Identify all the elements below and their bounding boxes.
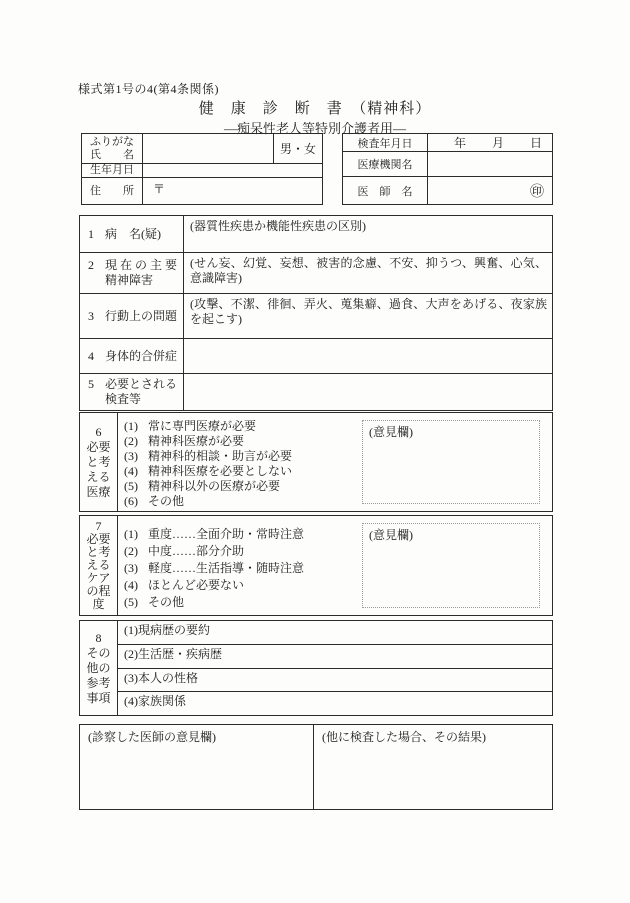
main-table: 1 病 名(疑) (器質性疾患か機能性疾患の区別) 2 現 在 の 主 要 精神… xyxy=(79,215,553,411)
exam-date-label: 検査年月日 xyxy=(343,134,428,151)
address-field: 〒 xyxy=(143,178,322,204)
row-label: 現 在 の 主 要 精神障害 xyxy=(105,258,177,288)
institution-row: 医療機関名 xyxy=(343,151,552,176)
section-label: 6 必要 と考 える 医療 xyxy=(86,425,110,500)
doctor-label: 医 師 名 xyxy=(343,177,428,204)
doctor-field: ㊞ xyxy=(428,177,552,204)
patient-info-table: ふりがな 氏 名 男・女 生年月日 住 所 〒 xyxy=(81,133,323,205)
row-number: 5 xyxy=(88,377,105,392)
institution-label: 医療機関名 xyxy=(343,152,428,176)
section-other-reference-items: 8 その 他の 参考 事項 (1)現病歴の要約 (2)生活歴・疾病歴 (3)本人… xyxy=(79,620,553,716)
day-label: 日 xyxy=(530,134,542,151)
row-behavior-problems: 3 行動上の問題 (攻撃、不潔、徘徊、弄火、蒐集癖、過食、大声をあげる、夜家族を… xyxy=(80,293,552,338)
exam-date-row: 検査年月日 年 月 日 xyxy=(343,134,552,151)
address-row: 住 所 〒 xyxy=(82,177,322,204)
row-content: (せん妄、幻覚、妄想、被害的念慮、不安、抑うつ、興奮、心気、意識障害) xyxy=(184,253,552,293)
row-mental-disorder: 2 現 在 の 主 要 精神障害 (せん妄、幻覚、妄想、被害的念慮、不安、抑うつ… xyxy=(80,252,552,293)
row-content: (器質性疾患か機能性疾患の区別) xyxy=(184,216,552,252)
name-label: ふりがな 氏 名 xyxy=(82,134,143,163)
subrow-life-disease-history: (2)生活歴・疾病歴 xyxy=(118,644,552,668)
name-row: ふりがな 氏 名 男・女 xyxy=(82,134,322,163)
section-needed-care-level: 7 必要 と考 える ケア の程 度 (1)重度……全面介助・常時注意 (2)中… xyxy=(79,515,553,616)
row-number: 3 xyxy=(88,309,105,324)
address-label: 住 所 xyxy=(82,178,143,204)
doctor-opinion-box: (診察した医師の意見欄) xyxy=(80,725,314,809)
section-label: 7 必要 と考 える ケア の程 度 xyxy=(86,520,110,611)
birthdate-row: 生年月日 xyxy=(82,163,322,177)
page-title: 健 康 診 断 書 （精神科） xyxy=(0,97,630,118)
seal-mark: ㊞ xyxy=(530,181,544,201)
postal-mark: 〒 xyxy=(153,182,165,196)
birthdate-label: 生年月日 xyxy=(82,164,143,177)
row-disease-name: 1 病 名(疑) (器質性疾患か機能性疾患の区別) xyxy=(80,216,552,252)
row-label: 行動上の問題 xyxy=(105,309,177,324)
exam-info-table: 検査年月日 年 月 日 医療機関名 医 師 名 ㊞ xyxy=(342,133,553,205)
bottom-table: (診察した医師の意見欄) (他に検査した場合、その結果) xyxy=(79,724,553,810)
doctor-row: 医 師 名 ㊞ xyxy=(343,176,552,204)
row-physical-complications: 4 身体的合併症 xyxy=(80,338,552,373)
section-needed-medical-care: 6 必要 と考 える 医療 (1)常に専門医療が必要 (2)精神科医療が必要 (… xyxy=(79,412,553,512)
name-field xyxy=(143,134,274,163)
other-test-results-box: (他に検査した場合、その結果) xyxy=(314,725,552,809)
row-content xyxy=(184,339,552,373)
exam-date-field: 年 月 日 xyxy=(428,134,552,151)
form-number: 様式第1号の4(第4条関係) xyxy=(78,80,219,97)
subrow-family-relations: (4)家族関係 xyxy=(118,691,552,715)
row-number: 1 xyxy=(88,227,105,242)
subrow-personality: (3)本人の性格 xyxy=(118,668,552,692)
name-kanji-label: 氏 名 xyxy=(90,149,134,162)
row-content xyxy=(184,374,552,410)
sex-options: 男・女 xyxy=(274,134,322,163)
section-label: 8 その 他の 参考 事項 xyxy=(86,631,110,706)
row-content: (攻撃、不潔、徘徊、弄火、蒐集癖、過食、大声をあげる、夜家族を起こす) xyxy=(184,294,552,338)
opinion-box: (意見欄) xyxy=(362,420,540,504)
row-label: 身体的合併症 xyxy=(105,349,177,364)
row-label: 病 名(疑) xyxy=(105,227,161,242)
month-label: 月 xyxy=(492,134,504,151)
document-page: 様式第1号の4(第4条関係) 健 康 診 断 書 （精神科） ―痴呆性老人等特別… xyxy=(0,0,630,903)
row-label: 必要とされる 検査等 xyxy=(105,377,177,407)
row-required-tests: 5 必要とされる 検査等 xyxy=(80,373,552,410)
institution-field xyxy=(428,152,552,176)
year-label: 年 xyxy=(454,134,466,151)
opinion-label: (意見欄) xyxy=(369,528,413,542)
row-number: 2 xyxy=(88,258,105,273)
furigana-label: ふりがな xyxy=(90,136,134,149)
subrow-present-illness: (1)現病歴の要約 xyxy=(118,621,552,644)
opinion-label: (意見欄) xyxy=(369,425,413,439)
birthdate-field xyxy=(143,164,322,177)
row-number: 4 xyxy=(88,349,105,364)
opinion-box: (意見欄) xyxy=(362,523,540,608)
